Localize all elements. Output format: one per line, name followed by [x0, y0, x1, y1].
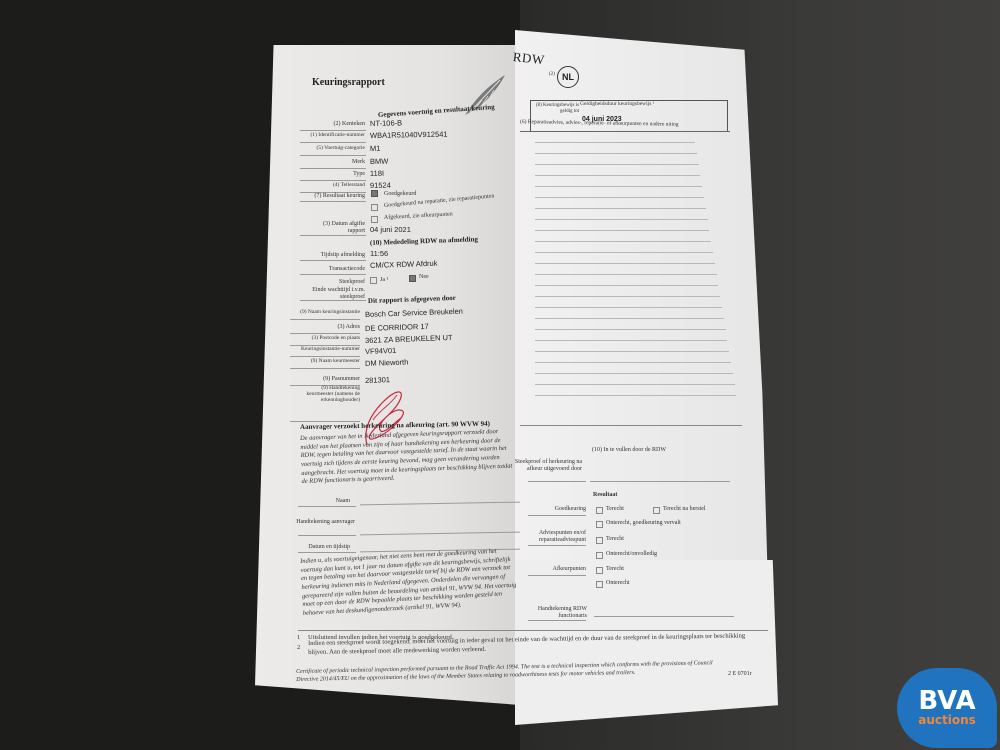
rdw-signature-field[interactable] — [594, 616, 734, 617]
result-option-checkbox[interactable] — [596, 537, 603, 544]
rule — [300, 155, 366, 156]
result-option-checkbox[interactable] — [596, 521, 603, 528]
rule — [520, 131, 730, 132]
rule — [290, 333, 360, 334]
result-option-checkbox[interactable] — [596, 567, 603, 574]
rule — [290, 356, 360, 357]
result-option-label: Terecht — [606, 566, 624, 572]
time-deregistration-label: Tijdstip afmelding — [305, 252, 365, 258]
steekproef-no-label: Nee — [419, 274, 429, 280]
repair-line-field[interactable] — [535, 373, 733, 374]
rule — [300, 180, 366, 181]
issuer-field-label: (3) Postcode en plaats — [298, 336, 360, 342]
date-issue-label: (3) Datum afgifte rapport — [305, 221, 365, 234]
result-row-label: Afkeurpunten — [520, 566, 586, 572]
issuer-field-label: (9) Naam keurmeester — [298, 359, 360, 365]
rule — [300, 130, 366, 131]
repair-line-field[interactable] — [535, 186, 702, 187]
repair-line-field[interactable] — [535, 318, 724, 319]
owner-paragraph: Indien u, als voertuigeigenaar, het niet… — [300, 547, 518, 619]
issuer-field-label: (9) Pasnummer — [298, 376, 360, 382]
steekproef-done-by-label: Steekproef of herkeuring na afkeur uitge… — [510, 459, 582, 473]
rule — [290, 368, 360, 369]
rdw-wordmark: RDW — [512, 50, 545, 66]
result-option-checkbox[interactable] — [596, 507, 603, 514]
steekproef-no-checkbox[interactable] — [409, 275, 416, 282]
bva-brand: BVA — [918, 688, 975, 714]
result-row-label: Adviespunten en/of reparatieadviespunt — [520, 530, 586, 543]
vehicle-field-label: Type — [305, 171, 365, 177]
footnote-divider — [298, 630, 768, 631]
repair-line-field[interactable] — [535, 384, 735, 385]
result-option-checkbox[interactable] — [596, 552, 603, 559]
repair-line-field[interactable] — [535, 142, 695, 143]
validity-label: (8) Keuringsbewijs is geldig tot — [533, 103, 579, 115]
result-rejected-checkbox[interactable] — [371, 216, 378, 223]
form-code: 2 E 0701r — [728, 671, 752, 677]
vehicle-field-value: NT-106-B — [370, 119, 402, 127]
rule — [300, 235, 366, 236]
repair-line-field[interactable] — [535, 274, 717, 275]
vehicle-field-label: (4) Tellerstand — [305, 183, 365, 189]
rule — [298, 535, 356, 536]
result-option-label: Terecht — [606, 536, 624, 542]
rule — [300, 260, 366, 261]
document-title: Keuringsrapport — [312, 78, 385, 88]
footnote-1-number: 1 — [297, 635, 300, 642]
rule — [528, 515, 586, 516]
result-option-checkbox[interactable] — [596, 581, 603, 588]
date-issue-value: 04 juni 2021 — [370, 226, 411, 234]
repair-line-field[interactable] — [535, 208, 706, 209]
steekproef-label: Steekproef — [305, 279, 365, 285]
footnote-2-number: 2 — [297, 645, 300, 652]
repair-line-field[interactable] — [535, 351, 729, 352]
result-approved-checkbox[interactable] — [371, 190, 378, 197]
request-paragraph: De aanvrager van het in Nederland afgege… — [300, 428, 514, 487]
country-badge: NL — [557, 66, 579, 88]
repair-line-field[interactable] — [535, 263, 715, 264]
steekproef-end-label: Einde wachttijd i.v.m. steekproef — [305, 287, 365, 300]
transaction-code-label: Transactiecode — [305, 266, 365, 272]
vehicle-field-label: (5) Voertuig-categorie — [305, 146, 365, 152]
repair-line-field[interactable] — [535, 230, 709, 231]
repair-line-field[interactable] — [535, 252, 713, 253]
rule — [298, 506, 356, 507]
repair-line-field[interactable] — [535, 197, 704, 198]
vehicle-field-value: BMW — [370, 158, 388, 166]
applicant-name-label: Naam — [290, 498, 350, 504]
rule — [300, 274, 366, 275]
bva-auctions-logo: BVA auctions — [897, 668, 997, 748]
repair-line-field[interactable] — [535, 362, 731, 363]
issuer-field-label: (9) Handtekening keurmeester (namens de … — [298, 386, 360, 403]
vehicle-field-label: (2) Kenteken — [305, 121, 365, 127]
repair-line-field[interactable] — [535, 153, 697, 154]
repair-line-field[interactable] — [535, 395, 736, 396]
vehicle-field-value: M1 — [370, 145, 381, 153]
rule — [300, 300, 366, 301]
result-option-label: Onterecht, goedkeuring vervalt — [606, 520, 681, 526]
result-header: Resultaat — [593, 492, 617, 498]
validity-header: Geldigheidsduur keuringsbewijs ¹ — [580, 102, 654, 108]
rule — [528, 545, 586, 546]
repair-line-field[interactable] — [535, 164, 699, 165]
issuer-field-value: DM Nieworth — [365, 358, 409, 367]
vehicle-field-label: (1) Identificatie-nummer — [305, 133, 365, 139]
repair-line-field[interactable] — [535, 307, 722, 308]
vehicle-field-label: Merk — [305, 159, 365, 165]
repair-line-field[interactable] — [535, 329, 726, 330]
result-option-checkbox[interactable] — [653, 507, 660, 514]
repair-line-field[interactable] — [535, 219, 708, 220]
time-deregistration-value: 11:56 — [370, 250, 388, 258]
issuer-field-label: (9) Naam keuringsinstantie — [298, 310, 360, 316]
steekproef-yes-checkbox[interactable] — [370, 277, 377, 284]
rule — [520, 425, 742, 426]
rdw-signature-label: Handtekening RDW functionaris — [525, 606, 587, 620]
result-option-label: Onterecht/onvolledig — [606, 551, 657, 557]
repair-line-field[interactable] — [535, 241, 711, 242]
issuer-field-value: VF94V01 — [365, 347, 397, 356]
result-option-label: Onterecht — [606, 580, 630, 586]
rule — [528, 575, 586, 576]
rule — [300, 201, 366, 202]
result-option-label: Terecht — [606, 506, 624, 512]
vehicle-field-value: WBA1R51040V912541 — [370, 131, 448, 140]
rule — [528, 620, 586, 621]
rule — [300, 168, 366, 169]
applicant-signature-label: Handtekening aanvrager — [290, 519, 355, 526]
result-option-label: Terecht na herstel — [663, 506, 706, 512]
repair-line-field[interactable] — [535, 296, 720, 297]
steekproef-done-by-field[interactable] — [590, 481, 730, 482]
rdw-section-heading: (10) In te vullen door de RDW — [592, 447, 666, 453]
result-approved-after-repair-checkbox[interactable] — [371, 204, 378, 211]
repair-line-field[interactable] — [535, 175, 700, 176]
rule — [300, 142, 366, 143]
issuer-field-value: DE CORRIDOR 17 — [365, 323, 429, 333]
rule — [528, 481, 586, 482]
date-time-label: Datum en tijdstip — [290, 544, 350, 550]
result-option-approved: Goedgekeurd — [384, 191, 416, 197]
rule — [298, 552, 356, 553]
rule — [290, 319, 360, 320]
country-prefix: (2) — [549, 72, 555, 77]
result-row-label: Goedkeuring — [520, 506, 586, 512]
vehicle-field-value: 118I — [370, 170, 384, 178]
issuer-field-label: Keuringsinstantie-nummer — [298, 347, 360, 353]
bva-sub: auctions — [918, 714, 976, 727]
issuer-field-label: (3) Adres — [298, 324, 360, 330]
vehicle-field-value: 91524 — [370, 182, 391, 190]
repair-line-field[interactable] — [535, 285, 718, 286]
result-label: (7) Resultaat keuring — [305, 193, 365, 199]
repair-line-field[interactable] — [535, 340, 727, 341]
steekproef-yes-label: Ja ¹ — [380, 277, 388, 283]
